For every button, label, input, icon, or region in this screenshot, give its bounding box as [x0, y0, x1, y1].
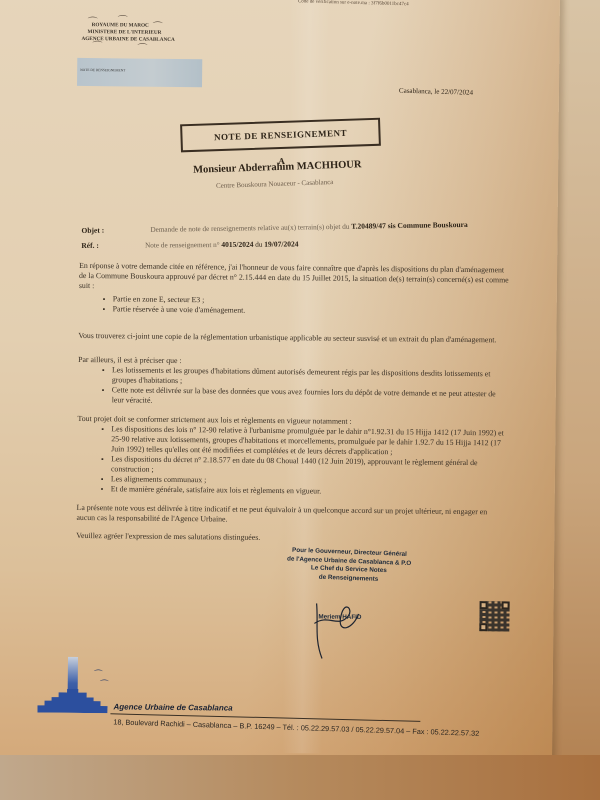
intro-paragraph: En réponse à votre demande citée en réfé… — [79, 261, 509, 296]
qr-code-icon — [479, 601, 509, 631]
ref-text: Note de renseignement n° — [145, 241, 221, 250]
recipient-name: Monsieur Abderrahim MACHHOUR — [193, 160, 362, 176]
document-title-box: NOTE DE RENSEIGNEMENT — [180, 118, 381, 153]
disclaimer-paragraph: La présente note vous est délivrée à tit… — [76, 503, 506, 528]
objet-text: Demande de note de renseignements relati… — [150, 223, 351, 234]
issuer-line-2: MINISTERE DE L'INTERIEUR — [88, 29, 162, 36]
issuer-logo: ⌒ ⌒ ⌒ ROYAUME DU MAROC MINISTERE DE L'IN… — [77, 9, 187, 52]
document-page: Code de vérification sur e-note.ma : 3f7… — [0, 0, 560, 766]
objet-row: Objet : Demande de note de renseignement… — [81, 219, 467, 237]
document-date: Casablanca, le 22/07/2024 — [399, 87, 473, 97]
ref-date: 19/07/2024 — [264, 239, 298, 248]
law-list: Les dispositions des lois n° 12-90 relat… — [77, 424, 508, 498]
issuer-line-1: ROYAUME DU MAROC — [92, 22, 149, 29]
objet-title-ref: T.20489/47 sis Commune Bouskoura — [351, 220, 468, 231]
bird-icon: ⌒ — [92, 37, 102, 52]
ref-number: 4015/2024 — [221, 240, 253, 249]
document-title: NOTE DE RENSEIGNEMENT — [214, 128, 347, 142]
signature-block: Pour le Gouverneur, Directeur Général de… — [273, 546, 424, 585]
barcode-banner: NOTE DE RENSEIGNEMENT — [77, 58, 202, 87]
agency-logo: ⌒ ⌒ — [37, 651, 108, 714]
precision-list: Les lotissements et les groupes d'habita… — [78, 365, 508, 410]
bird-icon: ⌒ — [137, 40, 147, 55]
law-item: Les dispositions des lois n° 12-90 relat… — [101, 424, 507, 458]
precision-item: Cette note est délivrée sur la base des … — [102, 385, 508, 409]
ref-date-prefix: du — [253, 241, 264, 249]
handwritten-signature — [308, 593, 369, 664]
signatory-name: Meriem HAFID — [318, 613, 361, 620]
objet-label: Objet : — [81, 226, 104, 235]
situation-list: Partie en zone E, secteur E3 ; Partie ré… — [79, 294, 509, 319]
background-surface — [0, 755, 600, 800]
footer-agency-name: Agence Urbaine de Casablanca — [113, 702, 232, 712]
bird-icon: ⌒ — [100, 677, 109, 690]
ref-row: Réf. : Note de renseignement n° 4015/202… — [81, 238, 298, 251]
logo-base — [37, 689, 107, 714]
ref-label: Réf. : — [81, 241, 99, 250]
barcode-label: NOTE DE RENSEIGNEMENT — [80, 68, 125, 72]
